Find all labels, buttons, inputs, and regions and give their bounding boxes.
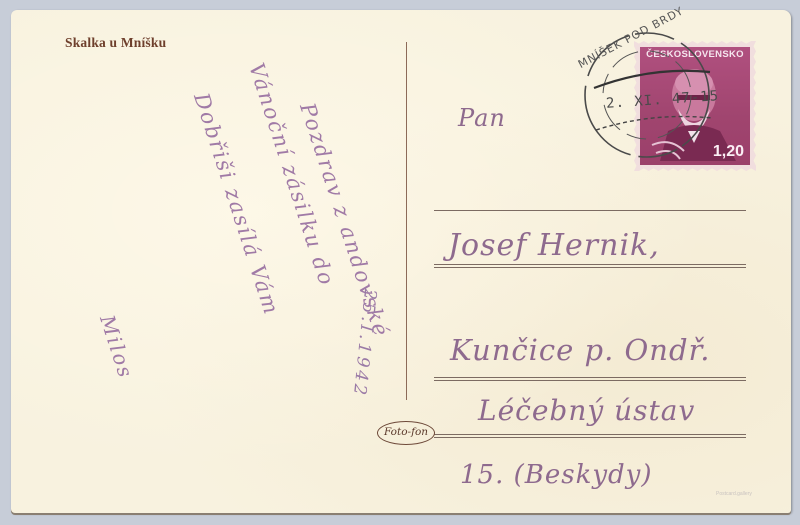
- address-line-1: Kunčice p. Ondř.: [450, 333, 710, 367]
- printed-caption: Skalka u Mníšku: [65, 35, 166, 51]
- center-divider: [406, 42, 407, 400]
- address-line-3: 15. (Beskydy): [460, 460, 653, 490]
- address-name: Josef Hernik,: [448, 228, 660, 263]
- address-line-2: Léčebný ústav: [478, 394, 695, 427]
- stamp-country: ČESKOSLOVENSKO: [640, 49, 750, 60]
- address-rule-2: [434, 264, 746, 265]
- address-rule-4: [434, 434, 746, 435]
- address-rule-1: [434, 210, 746, 211]
- watermark: Postcard.gallery: [716, 491, 752, 497]
- publisher-mark: Foto-fon: [377, 421, 435, 445]
- stamp-value: 1,20: [713, 143, 744, 161]
- address-salutation: Pan: [458, 104, 506, 132]
- address-rule-3: [434, 377, 746, 378]
